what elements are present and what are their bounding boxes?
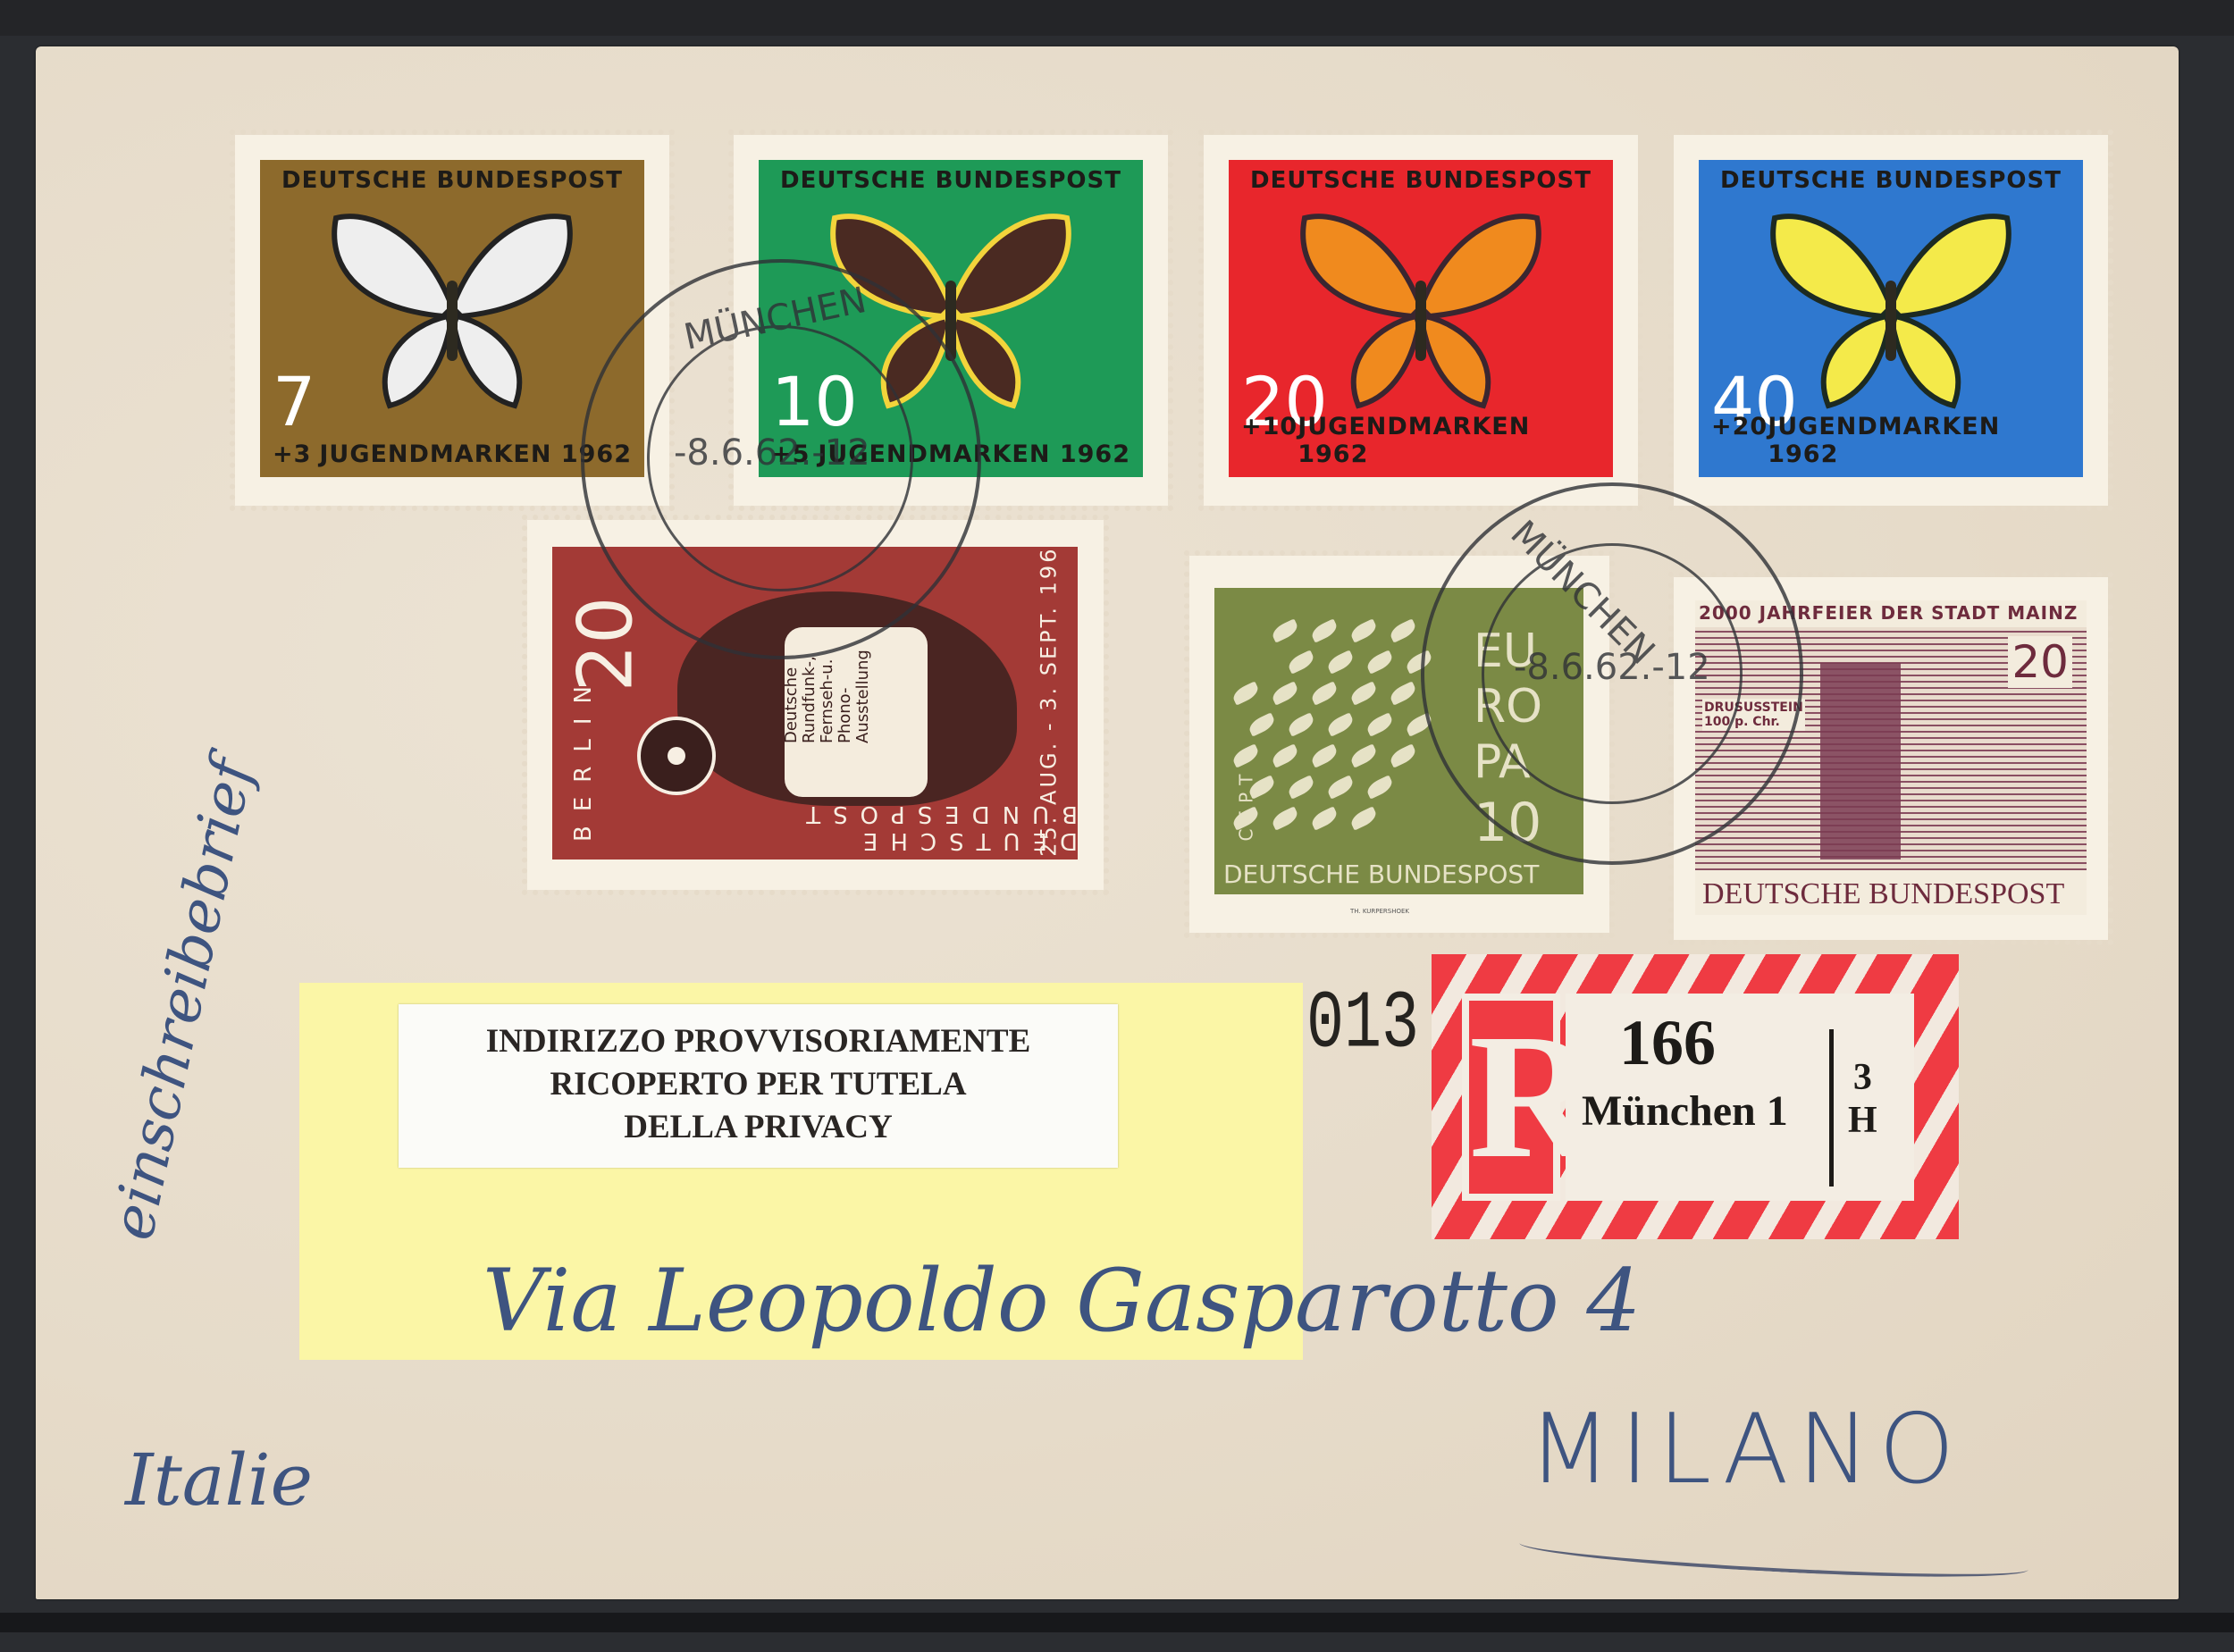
registration-number: 166 bbox=[1619, 1006, 1716, 1080]
backdrop-stripe-top bbox=[0, 0, 2234, 36]
dove-icon bbox=[1286, 712, 1316, 736]
stamp-header: DEUTSCHE BUNDESPOST bbox=[759, 167, 1143, 194]
butterfly-illustration bbox=[318, 209, 586, 415]
dove-icon bbox=[1325, 650, 1356, 674]
dove-icon bbox=[1348, 681, 1379, 705]
registered-letter: R bbox=[1469, 1001, 1553, 1194]
dove-icon bbox=[1365, 650, 1395, 674]
dove-icon bbox=[1309, 743, 1340, 767]
handwritten-country: Italie bbox=[125, 1438, 313, 1522]
dove-icon bbox=[1247, 712, 1277, 736]
dove-icon bbox=[1348, 806, 1379, 830]
code-bottom: H bbox=[1848, 1099, 1877, 1142]
screen-line: Deutsche bbox=[783, 650, 801, 743]
screen-line: Rundfunk-, bbox=[801, 650, 819, 743]
stamp-footer: +20 JUGENDMARKEN 1962 bbox=[1699, 413, 2083, 468]
stamp-header: DEUTSCHE BUNDESPOST bbox=[260, 167, 644, 194]
stamp-surcharge: +10 bbox=[1241, 413, 1298, 468]
designer-credit: TH. KURPERSHOEK bbox=[1350, 908, 1409, 915]
stamp-footer: DEUTSCHE BUNDESPOST bbox=[1702, 877, 2064, 911]
stamped-number: 013 bbox=[1306, 979, 1419, 1071]
privacy-line-1: INDIRIZZO PROVVISORIAMENTE bbox=[399, 1020, 1118, 1063]
screen-line: Phono- bbox=[836, 650, 854, 743]
postmark-munich-2: MÜNCHEN -8.6.62.-12 bbox=[1421, 482, 1803, 865]
stamp-series: JUGENDMARKEN 1962 bbox=[1298, 413, 1600, 468]
privacy-line-2: RICOPERTO PER TUTELA bbox=[399, 1063, 1118, 1106]
registration-info: 166 München 1 3 H bbox=[1566, 994, 1914, 1201]
code-top: 3 bbox=[1848, 1056, 1877, 1099]
dove-icon bbox=[1325, 712, 1356, 736]
dove-icon bbox=[1388, 743, 1418, 767]
privacy-line-3: DELLA PRIVACY bbox=[399, 1106, 1118, 1149]
backdrop-stripe-bottom bbox=[0, 1613, 2234, 1632]
handwritten-street: Via Leopoldo Gasparotto 4 bbox=[483, 1251, 1641, 1351]
dove-icon bbox=[1348, 743, 1379, 767]
dove-icon bbox=[1388, 618, 1418, 642]
screen-line: Fernseh-u. bbox=[819, 650, 836, 743]
stamp-value: 7 bbox=[273, 368, 315, 436]
dove-icon bbox=[1309, 806, 1340, 830]
screen-line: Ausstellung bbox=[854, 650, 872, 743]
dove-icon bbox=[1270, 681, 1300, 705]
dove-icon bbox=[1270, 618, 1300, 642]
record-disc bbox=[637, 717, 716, 795]
handwritten-city: MILANO bbox=[1528, 1394, 1963, 1505]
post-office: München 1 bbox=[1582, 1086, 1788, 1136]
dove-icon bbox=[1388, 681, 1418, 705]
stamp-butterfly-40: DEUTSCHE BUNDESPOST 40 +20 JUGENDMARKEN … bbox=[1674, 135, 2108, 506]
stamp-series: JUGENDMARKEN 1962 bbox=[1768, 413, 2070, 468]
privacy-notice: INDIRIZZO PROVVISORIAMENTE RICOPERTO PER… bbox=[399, 1004, 1118, 1168]
postmark-munich-1: MÜNCHEN -8.6.62.-12 bbox=[581, 259, 981, 659]
dove-icon bbox=[1348, 618, 1379, 642]
postmark-date: -8.6.62.-12 bbox=[1514, 647, 1710, 688]
dove-icon bbox=[1230, 681, 1261, 705]
stamp-header: DEUTSCHE BUNDESPOST bbox=[1699, 167, 2083, 194]
dove-icon bbox=[1230, 743, 1261, 767]
stamp-surcharge: +3 bbox=[273, 440, 311, 468]
dove-icon bbox=[1309, 618, 1340, 642]
doves-pattern bbox=[1232, 624, 1447, 847]
divider bbox=[1829, 1029, 1834, 1187]
cept-text: CEPT bbox=[1235, 767, 1256, 842]
stamp-date-text: 25. AUG. - 3. SEPT. 1961 bbox=[1036, 547, 1061, 857]
dove-icon bbox=[1325, 775, 1356, 799]
dove-icon bbox=[1365, 712, 1395, 736]
tower bbox=[1820, 663, 1901, 860]
stamp-face: DEUTSCHE BUNDESPOST 40 +20 JUGENDMARKEN … bbox=[1699, 160, 2083, 477]
postmark-date: -8.6.62.-12 bbox=[674, 432, 870, 474]
registration-label: R 166 München 1 3 H bbox=[1432, 954, 1959, 1239]
screen-text: DeutscheRundfunk-,Fernseh-u.Phono-Ausste… bbox=[783, 650, 872, 743]
office-code: 3 H bbox=[1848, 1056, 1877, 1142]
stamp-value: 20 bbox=[2008, 636, 2072, 688]
dove-icon bbox=[1270, 743, 1300, 767]
dove-icon bbox=[1286, 775, 1316, 799]
stamp-bottom-text: DEUTSCHE BUNDESPOST bbox=[579, 801, 1078, 854]
dove-icon bbox=[1365, 775, 1395, 799]
dove-icon bbox=[1286, 650, 1316, 674]
stamp-footer: DEUTSCHE BUNDESPOST bbox=[1223, 860, 1539, 889]
dove-icon bbox=[1270, 806, 1300, 830]
stamp-footer: +10 JUGENDMARKEN 1962 bbox=[1229, 413, 1613, 468]
stamp-header: DEUTSCHE BUNDESPOST bbox=[1229, 167, 1613, 194]
stamp-butterfly-20: DEUTSCHE BUNDESPOST 20 +10 JUGENDMARKEN … bbox=[1204, 135, 1638, 506]
stamp-surcharge: +20 bbox=[1711, 413, 1768, 468]
r-box: R bbox=[1462, 994, 1560, 1201]
dove-icon bbox=[1309, 681, 1340, 705]
stamp-face: DEUTSCHE BUNDESPOST 20 +10 JUGENDMARKEN … bbox=[1229, 160, 1613, 477]
